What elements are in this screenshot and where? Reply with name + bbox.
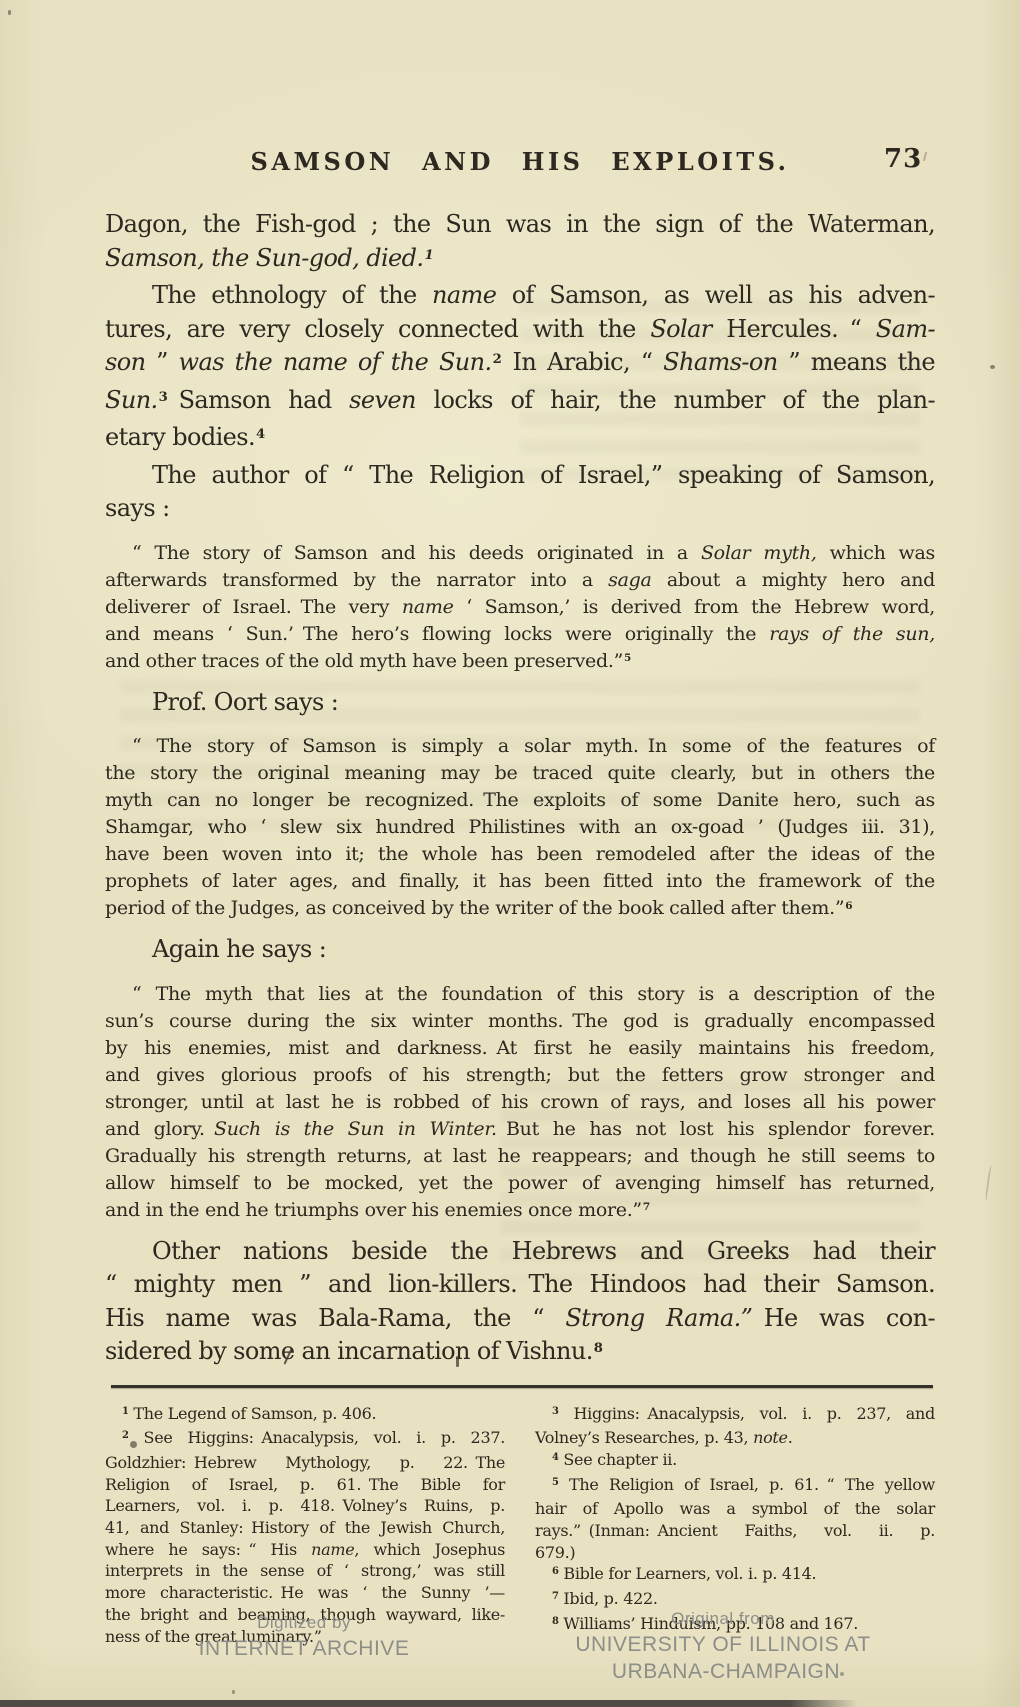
text-run: deliverer of Israel. The very — [105, 596, 402, 618]
paragraph: Other nations beside the Hebrews and Gre… — [105, 1235, 935, 1373]
footnote: 6 Bible for Learners, vol. i. p. 414. — [535, 1563, 935, 1588]
scan-speck — [232, 1690, 235, 1694]
text-line: prophets of later ages, and finally, it … — [105, 868, 935, 895]
text-run: son — [105, 348, 145, 376]
block-quote: “ The story of Samson is simply a solar … — [105, 733, 935, 925]
footnotes-section: 1 The Legend of Samson, p. 406.2 See Hig… — [105, 1403, 935, 1648]
text-run: In Arabic, “ — [501, 348, 663, 376]
text-line: 3 Higgins: Anacalypsis, vol. i. p. 237, … — [535, 1403, 935, 1428]
text-line: have been woven into it; the whole has b… — [105, 841, 935, 868]
text-line: allow himself to be mocked, yet the powe… — [105, 1170, 935, 1197]
block-quote: “ The myth that lies at the foundation o… — [105, 981, 935, 1227]
text-run: Goldzhier: Hebrew Mythology, p. 22. The — [105, 1453, 505, 1472]
text-line: His name was Bala-Rama, the “ Strong Ram… — [105, 1302, 935, 1336]
text-line: Again he says : — [105, 933, 935, 967]
text-run: stronger, until at last he is robbed of … — [105, 1091, 935, 1113]
text-line: rays.” (Inman: Ancient Faiths, vol. ii. … — [535, 1520, 935, 1542]
text-run: See chapter ii. — [559, 1450, 677, 1469]
text-run: Shams-on — [663, 348, 778, 376]
text-run: Again he says : — [152, 935, 326, 963]
text-run: Other nations beside the Hebrews and Gre… — [152, 1237, 935, 1265]
block-quote: “ The story of Samson and his deeds orig… — [105, 540, 935, 678]
text-line: and means ‘ Sun.’ The hero’s flowing loc… — [105, 621, 935, 648]
text-run: and means ‘ Sun.’ The hero’s flowing loc… — [105, 623, 769, 645]
text-run: hair of Apollo was a symbol of the solar — [535, 1499, 935, 1518]
footnote-reference: 4 — [551, 1452, 559, 1463]
text-run: Hercules. “ — [712, 315, 876, 343]
text-run: period of the Judges, as conceived by th… — [105, 897, 844, 919]
footnote-reference: 6 — [844, 900, 852, 912]
footnote-reference: 5 — [623, 652, 631, 664]
footnote-reference: 2 — [492, 352, 502, 367]
scan-page: SAMSON AND HIS EXPLOITS. 73 Dagon, the F… — [0, 0, 1020, 1707]
text-run: where he says: “ His — [105, 1540, 311, 1559]
text-run: interprets in the sense of ‘ strong,’ wa… — [105, 1561, 505, 1580]
paragraph: The author of “ The Religion of Israel,”… — [105, 459, 935, 526]
text-run: by his enemies, mist and darkness. At fi… — [105, 1037, 935, 1059]
text-line: afterwards transformed by the narrator i… — [105, 567, 935, 594]
text-line: Volney’s Researches, p. 43, note. — [535, 1427, 935, 1449]
footnote-divider — [111, 1385, 933, 1388]
text-line: hair of Apollo was a symbol of the solar — [535, 1498, 935, 1520]
text-line: and in the end he triumphs over his enem… — [105, 1197, 935, 1227]
text-run: The Religion of Israel, p. 61. “ The yel… — [559, 1475, 935, 1494]
paragraph: The ethnology of the name of Samson, as … — [105, 279, 935, 459]
text-run: was the name of the Sun. — [179, 348, 492, 376]
footnote-reference: 3 — [158, 390, 168, 405]
main-text: Dagon, the Fish-god ; the Sun was in the… — [105, 208, 935, 1647]
watermark-original-from: Original from — [671, 1609, 775, 1629]
text-line: “ The story of Samson and his deeds orig… — [105, 540, 935, 567]
text-run: name — [311, 1540, 354, 1559]
text-run: which was — [817, 542, 935, 564]
text-line: Sun.3 Samson had seven locks of hair, th… — [105, 384, 935, 422]
text-run: and glory. — [105, 1118, 214, 1140]
text-line: 41, and Stanley: History of the Jewish C… — [105, 1517, 505, 1539]
text-run: says : — [105, 494, 170, 522]
text-run: and in the end he triumphs over his enem… — [105, 1199, 642, 1221]
text-run: “ The story of Samson and his deeds orig… — [132, 542, 701, 564]
text-run: Samson, the Sun-god, died. — [105, 244, 423, 272]
text-run: “ mighty men ” and lion-killers. The Hin… — [105, 1270, 935, 1298]
footnote-reference: 8 — [551, 1616, 559, 1627]
text-line: sidered by some an incarnation of Vishnu… — [105, 1335, 935, 1373]
footnote-reference: 1 — [423, 248, 433, 263]
paragraph: Dagon, the Fish-god ; the Sun was in the… — [105, 208, 935, 279]
text-line: 6 Bible for Learners, vol. i. p. 414. — [535, 1563, 935, 1588]
scan-speck — [990, 365, 995, 369]
text-run: Prof. Oort says : — [152, 688, 338, 716]
watermark-internet-archive: INTERNET ARCHIVE — [199, 1637, 410, 1661]
text-run: The ethnology of the — [152, 281, 432, 309]
text-line: the story the original meaning may be tr… — [105, 760, 935, 787]
text-line: The author of “ The Religion of Israel,”… — [105, 459, 935, 493]
footnote-reference: 2 — [121, 1430, 129, 1441]
text-run: and gives glorious proofs of his strengt… — [105, 1064, 935, 1086]
text-line: 1 The Legend of Samson, p. 406. — [105, 1403, 505, 1428]
text-run: saga — [608, 569, 651, 591]
scan-tick-mark — [456, 1356, 459, 1367]
scan-bottom-edge — [0, 1700, 858, 1707]
text-run: ” — [145, 348, 178, 376]
text-line: myth can no longer be recognized. The ex… — [105, 787, 935, 814]
text-line: 2 See Higgins: Anacalypsis, vol. i. p. 2… — [105, 1427, 505, 1452]
text-run: Sun. — [105, 386, 158, 414]
text-run: sidered by some an incarnation of Vishnu… — [105, 1337, 593, 1365]
footnote-reference: 4 — [255, 427, 265, 442]
text-line: Gradually his strength returns, at last … — [105, 1143, 935, 1170]
text-run: tures, are very closely connected with t… — [105, 315, 650, 343]
watermark-university-line: UNIVERSITY OF ILLINOIS AT — [575, 1633, 870, 1657]
watermark-urbana-line: URBANA-CHAMPAIGN — [612, 1660, 840, 1684]
text-line: 5 The Religion of Israel, p. 61. “ The y… — [535, 1474, 935, 1499]
watermark-digitized-by: Digitized by — [257, 1613, 351, 1633]
paragraph: Prof. Oort says : — [105, 686, 935, 720]
page-number: 73 — [884, 144, 922, 174]
text-run: more characteristic. He was ‘ the Sunny … — [105, 1583, 505, 1602]
text-run: Learners, vol. i. p. 418. Volney’s Ruins… — [105, 1496, 505, 1515]
text-line: where he says: “ His name, which Josephu… — [105, 1539, 505, 1561]
text-run: The author of “ The Religion of Israel,”… — [152, 461, 935, 489]
text-run: myth can no longer be recognized. The ex… — [105, 789, 935, 811]
text-line: by his enemies, mist and darkness. At fi… — [105, 1035, 935, 1062]
text-line: says : — [105, 492, 935, 526]
text-line: interprets in the sense of ‘ strong,’ wa… — [105, 1560, 505, 1582]
text-line: deliverer of Israel. The very name ‘ Sam… — [105, 594, 935, 621]
footnote: 5 The Religion of Israel, p. 61. “ The y… — [535, 1474, 935, 1564]
footnote-reference: 1 — [121, 1406, 129, 1417]
text-run: prophets of later ages, and finally, it … — [105, 870, 935, 892]
text-run: See Higgins: Anacalypsis, vol. i. p. 237… — [129, 1428, 505, 1447]
text-line: Dagon, the Fish-god ; the Sun was in the… — [105, 208, 935, 242]
text-run: “ The story of Samson is simply a solar … — [132, 735, 935, 757]
text-run: Dagon, the Fish-god ; the Sun was in the… — [105, 210, 935, 238]
text-run: 679.) — [535, 1543, 575, 1562]
text-run: Solar — [650, 315, 711, 343]
text-run: Shamgar, who ‘ slew six hundred Philisti… — [105, 816, 935, 838]
text-line: Shamgar, who ‘ slew six hundred Philisti… — [105, 814, 935, 841]
text-run: etary bodies. — [105, 423, 255, 451]
text-run: Solar myth, — [701, 542, 817, 564]
text-run: The Legend of Samson, p. 406. — [129, 1404, 377, 1423]
ink-blot — [130, 1441, 137, 1448]
text-run: Gradually his strength returns, at last … — [105, 1145, 935, 1167]
text-line: Learners, vol. i. p. 418. Volney’s Ruins… — [105, 1495, 505, 1517]
text-run: note — [753, 1428, 788, 1447]
text-run: Religion of Israel, p. 61. The Bible for — [105, 1475, 505, 1494]
text-run: Volney’s Researches, p. 43, — [535, 1428, 753, 1447]
text-line: and glory. Such is the Sun in Winter. Bu… — [105, 1116, 935, 1143]
text-line: Goldzhier: Hebrew Mythology, p. 22. The — [105, 1452, 505, 1474]
scan-hairline — [985, 1165, 994, 1201]
text-line: “ The myth that lies at the foundation o… — [105, 981, 935, 1008]
text-run: ‘ Samson,’ is derived from the Hebrew wo… — [454, 596, 935, 618]
text-run: sun’s course during the six winter month… — [105, 1010, 935, 1032]
text-run: , which Josephus — [354, 1540, 505, 1559]
text-line: sun’s course during the six winter month… — [105, 1008, 935, 1035]
text-run: Samson had — [167, 386, 349, 414]
text-line: 679.) — [535, 1542, 935, 1564]
text-line: “ mighty men ” and lion-killers. The Hin… — [105, 1268, 935, 1302]
paragraph: Again he says : — [105, 933, 935, 967]
text-run: But he has not lost his splendor forever… — [497, 1118, 935, 1140]
text-run: Sam- — [876, 315, 935, 343]
text-run: rays of the sun, — [769, 623, 935, 645]
text-line: etary bodies.4 — [105, 421, 935, 459]
text-line: stronger, until at last he is robbed of … — [105, 1089, 935, 1116]
body-blocks: Dagon, the Fish-god ; the Sun was in the… — [105, 208, 935, 1373]
scan-speck — [8, 10, 11, 15]
footnote: 1 The Legend of Samson, p. 406. — [105, 1403, 505, 1428]
text-run: of Samson, as well as his adven- — [496, 281, 935, 309]
footnote-reference: 7 — [642, 1201, 650, 1213]
text-line: and other traces of the old myth have be… — [105, 648, 935, 678]
text-run: . — [788, 1428, 793, 1447]
text-run: Higgins: Anacalypsis, vol. i. p. 237, an… — [559, 1404, 935, 1423]
footnote: 4 See chapter ii. — [535, 1449, 935, 1474]
text-run: Such is the Sun in Winter. — [214, 1118, 497, 1140]
text-run: 41, and Stanley: History of the Jewish C… — [105, 1518, 505, 1537]
footnote-reference: 8 — [593, 1341, 603, 1356]
text-run: locks of hair, the number of the plan- — [416, 386, 935, 414]
text-run: ” means the — [778, 348, 935, 376]
text-line: son ” was the name of the Sun.2 In Arabi… — [105, 346, 935, 384]
text-run: “ The myth that lies at the foundation o… — [132, 983, 935, 1005]
text-run: afterwards transformed by the narrator i… — [105, 569, 608, 591]
text-run: name — [432, 281, 496, 309]
text-line: Prof. Oort says : — [105, 686, 935, 720]
footnote-reference: 7 — [551, 1591, 559, 1602]
text-line: Other nations beside the Hebrews and Gre… — [105, 1235, 935, 1269]
text-line: more characteristic. He was ‘ the Sunny … — [105, 1582, 505, 1604]
text-line: Samson, the Sun-god, died.1 — [105, 242, 935, 280]
footnotes-left-column: 1 The Legend of Samson, p. 406.2 See Hig… — [105, 1403, 505, 1648]
text-line: period of the Judges, as conceived by th… — [105, 895, 935, 925]
text-run: seven — [349, 386, 416, 414]
text-line: and gives glorious proofs of his strengt… — [105, 1062, 935, 1089]
text-run: Strong Rama.” — [565, 1304, 752, 1332]
text-run: rays.” (Inman: Ancient Faiths, vol. ii. … — [535, 1521, 935, 1540]
text-line: tures, are very closely connected with t… — [105, 313, 935, 347]
text-run: the story the original meaning may be tr… — [105, 762, 935, 784]
text-run: Bible for Learners, vol. i. p. 414. — [559, 1564, 817, 1583]
text-line: 4 See chapter ii. — [535, 1449, 935, 1474]
scan-speck — [840, 1672, 844, 1676]
footnote: 3 Higgins: Anacalypsis, vol. i. p. 237, … — [535, 1403, 935, 1449]
text-run: allow himself to be mocked, yet the powe… — [105, 1172, 935, 1194]
footnote-reference: 3 — [551, 1406, 559, 1417]
footnote-reference: 6 — [551, 1566, 559, 1577]
text-run: He was con- — [752, 1304, 935, 1332]
text-run: His name was Bala-Rama, the “ — [105, 1304, 565, 1332]
footnote-reference: 5 — [551, 1477, 559, 1488]
text-run: about a mighty hero and — [652, 569, 935, 591]
text-line: The ethnology of the name of Samson, as … — [105, 279, 935, 313]
text-run: have been woven into it; the whole has b… — [105, 843, 935, 865]
text-run: Ibid, p. 422. — [559, 1589, 658, 1608]
text-line: “ The story of Samson is simply a solar … — [105, 733, 935, 760]
text-run: and other traces of the old myth have be… — [105, 650, 623, 672]
text-line: Religion of Israel, p. 61. The Bible for — [105, 1474, 505, 1496]
text-run: name — [402, 596, 454, 618]
page-title: SAMSON AND HIS EXPLOITS. — [105, 147, 935, 176]
